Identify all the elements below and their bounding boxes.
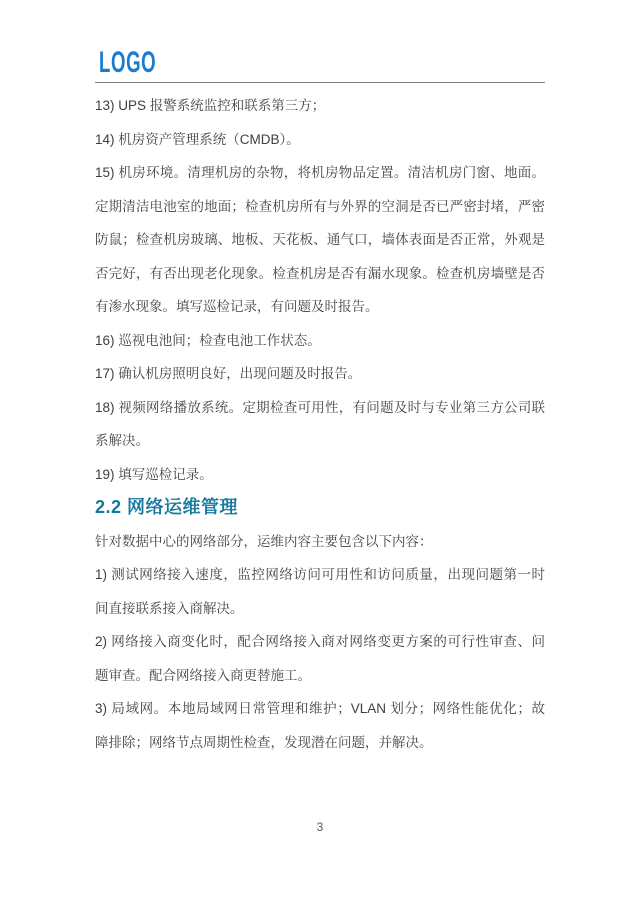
- text-line: 1) 测试网络接入速度，监控网络访问可用性和访问质量，出现问题第一时: [95, 558, 545, 592]
- document-page: LOGO 13) UPS 报警系统监控和联系第三方； 14) 机房资产管理系统（…: [0, 0, 640, 906]
- text-line: 17) 确认机房照明良好，出现问题及时报告。: [95, 357, 545, 391]
- text-line: 3) 局域网。本地局域网日常管理和维护；VLAN 划分；网络性能优化；故: [95, 692, 545, 726]
- text-line: 题审查。配合网络接入商更替施工。: [95, 659, 545, 693]
- paragraph-net-3: 3) 局域网。本地局域网日常管理和维护；VLAN 划分；网络性能优化；故 障排除…: [95, 692, 545, 759]
- page-footer: 3: [0, 820, 640, 834]
- page-header: LOGO: [95, 49, 545, 83]
- paragraph-item-18: 18) 视频网络播放系统。定期检查可用性，有问题及时与专业第三方公司联 系解决。: [95, 391, 545, 458]
- paragraph-item-17: 17) 确认机房照明良好，出现问题及时报告。: [95, 357, 545, 391]
- paragraph-intro: 针对数据中心的网络部分，运维内容主要包含以下内容：: [95, 525, 545, 559]
- text-line: 19) 填写巡检记录。: [95, 458, 545, 492]
- paragraph-item-19: 19) 填写巡检记录。: [95, 458, 545, 492]
- text-line: 有渗水现象。填写巡检记录，有问题及时报告。: [95, 290, 545, 324]
- paragraph-net-1: 1) 测试网络接入速度，监控网络访问可用性和访问质量，出现问题第一时 间直接联系…: [95, 558, 545, 625]
- text-line: 定期清洁电池室的地面；检查机房所有与外界的空洞是否已严密封堵，严密: [95, 190, 545, 224]
- text-line: 14) 机房资产管理系统（CMDB）。: [95, 123, 545, 157]
- text-line: 针对数据中心的网络部分，运维内容主要包含以下内容：: [95, 525, 545, 559]
- paragraph-item-13: 13) UPS 报警系统监控和联系第三方；: [95, 89, 545, 123]
- text-line: 间直接联系接入商解决。: [95, 592, 545, 626]
- paragraph-net-2: 2) 网络接入商变化时，配合网络接入商对网络变更方案的可行性审查、问 题审查。配…: [95, 625, 545, 692]
- text-line: 防鼠；检查机房玻璃、地板、天花板、通气口，墙体表面是否正常，外观是: [95, 223, 545, 257]
- text-line: 15) 机房环境。清理机房的杂物，将机房物品定置。清洁机房门窗、地面。: [95, 156, 545, 190]
- page-number: 3: [317, 820, 324, 834]
- text-line: 障排除；网络节点周期性检查，发现潜在问题，并解决。: [95, 726, 545, 760]
- text-line: 13) UPS 报警系统监控和联系第三方；: [95, 89, 545, 123]
- paragraph-item-16: 16) 巡视电池间；检查电池工作状态。: [95, 324, 545, 358]
- page-content: LOGO 13) UPS 报警系统监控和联系第三方； 14) 机房资产管理系统（…: [95, 0, 545, 759]
- company-logo: LOGO: [99, 49, 156, 76]
- document-body: 13) UPS 报警系统监控和联系第三方； 14) 机房资产管理系统（CMDB）…: [95, 89, 545, 759]
- section-heading-text: 2.2 网络运维管理: [95, 491, 545, 525]
- text-line: 18) 视频网络播放系统。定期检查可用性，有问题及时与专业第三方公司联: [95, 391, 545, 425]
- section-heading-2-2: 2.2 网络运维管理: [95, 491, 545, 525]
- header-divider: [95, 82, 545, 83]
- paragraph-item-14: 14) 机房资产管理系统（CMDB）。: [95, 123, 545, 157]
- text-line: 2) 网络接入商变化时，配合网络接入商对网络变更方案的可行性审查、问: [95, 625, 545, 659]
- text-line: 系解决。: [95, 424, 545, 458]
- text-line: 否完好，有否出现老化现象。检查机房是否有漏水现象。检查机房墙壁是否: [95, 257, 545, 291]
- text-line: 16) 巡视电池间；检查电池工作状态。: [95, 324, 545, 358]
- paragraph-item-15: 15) 机房环境。清理机房的杂物，将机房物品定置。清洁机房门窗、地面。 定期清洁…: [95, 156, 545, 324]
